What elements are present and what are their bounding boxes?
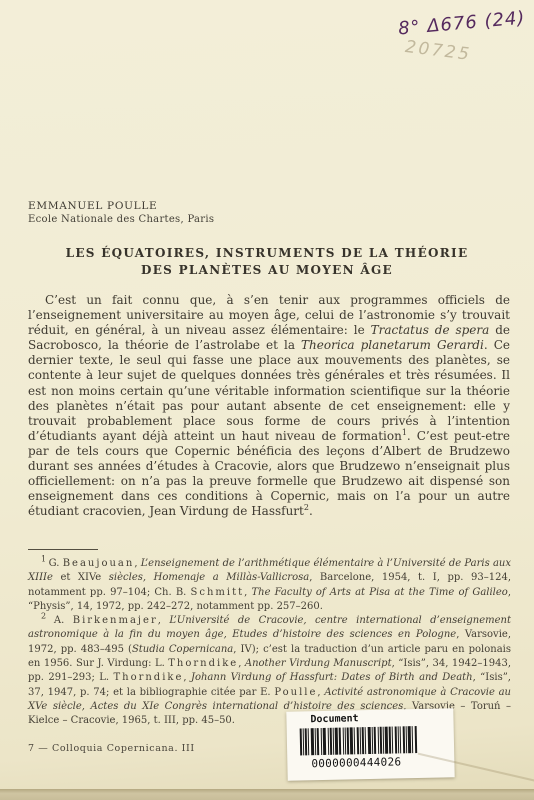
page-edge	[0, 789, 534, 800]
footnote-separator-rule	[28, 549, 98, 550]
author-name: EMMANUEL POULLE	[28, 200, 157, 212]
barcode-label: Document	[310, 713, 358, 725]
barcode-number: 0000000444026	[311, 755, 401, 770]
footnote-1: 1 G. Beaujouan, L’enseignement de l’arit…	[28, 557, 511, 614]
page-paper: 8° Δ676 (24) 20725 EMMANUEL POULLE Ecole…	[0, 0, 534, 789]
handwritten-accession-number: 20725	[404, 37, 473, 65]
article-title: LES ÉQUATOIRES, INSTRUMENTS DE LA THÉORI…	[0, 245, 534, 278]
body-paragraph: C’est un fait connu que, à s’en tenir au…	[28, 293, 510, 519]
author-affiliation: Ecole Nationale des Chartes, Paris	[28, 214, 214, 225]
article-title-line2: DES PLANÈTES AU MOYEN ÂGE	[0, 262, 534, 279]
barcode-bars	[300, 726, 418, 755]
article-title-line1: LES ÉQUATOIRES, INSTRUMENTS DE LA THÉORI…	[0, 245, 534, 262]
footnotes: 1 G. Beaujouan, L’enseignement de l’arit…	[28, 557, 511, 729]
scanned-book-page: { "annotations": { "shelfmark_ink": "8° …	[0, 0, 534, 800]
handwritten-shelfmark: 8° Δ676 (24)	[397, 7, 526, 39]
printers-signature: 7 — Colloquia Copernicana. III	[28, 743, 195, 754]
